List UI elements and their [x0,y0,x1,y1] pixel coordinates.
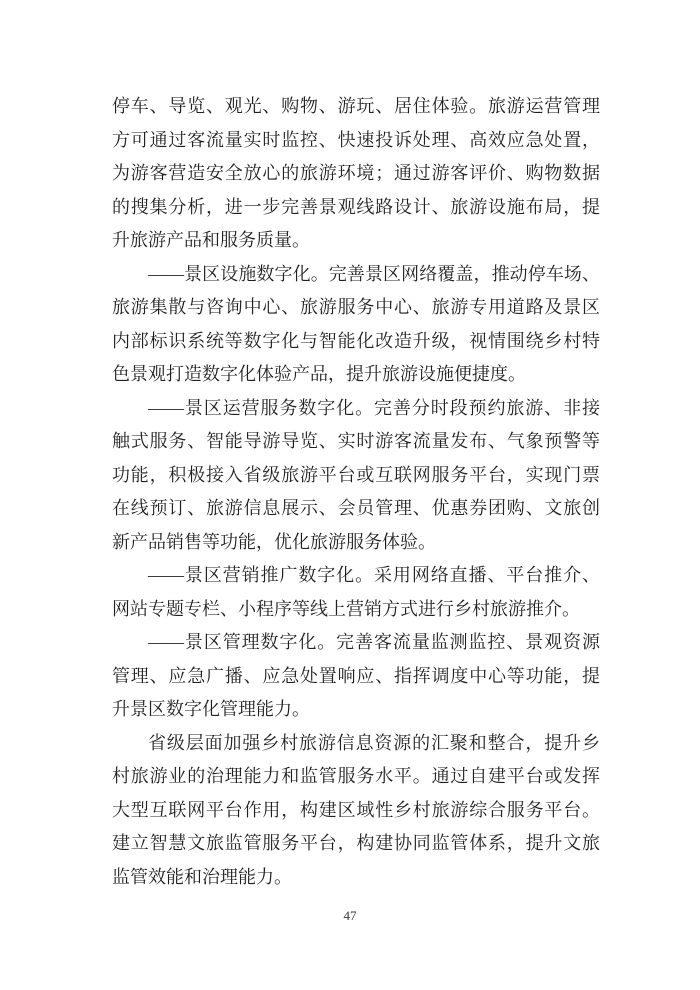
text-line: 触式服务、智能导游导览、实时游客流量发布、气象预警等 [112,425,600,459]
paragraph: ——景区营销推广数字化。采用网络直播、平台推介、网站专题专栏、小程序等线上营销方… [112,559,600,626]
text-line: 监管效能和治理能力。 [112,861,600,895]
paragraph: 停车、导览、观光、购物、游玩、居住体验。旅游运营管理方可通过客流量实时监控、快速… [112,90,600,258]
text-line: 的搜集分析，进一步完善景观线路设计、旅游设施布局，提 [112,191,600,225]
paragraph: ——景区运营服务数字化。完善分时段预约旅游、非接触式服务、智能导游导览、实时游客… [112,392,600,560]
text-line: 色景观打造数字化体验产品，提升旅游设施便捷度。 [112,358,600,392]
text-line: ——景区运营服务数字化。完善分时段预约旅游、非接 [112,392,600,426]
text-block: 停车、导览、观光、购物、游玩、居住体验。旅游运营管理方可通过客流量实时监控、快速… [112,90,600,894]
text-line: 内部标识系统等数字化与智能化改造升级，视情围绕乡村特 [112,325,600,359]
page-number: 47 [0,908,700,924]
text-line: 功能，积极接入省级旅游平台或互联网服务平台，实现门票 [112,459,600,493]
text-line: 新产品销售等功能，优化旅游服务体验。 [112,526,600,560]
paragraph: ——景区设施数字化。完善景区网络覆盖，推动停车场、旅游集散与咨询中心、旅游服务中… [112,258,600,392]
paragraph: 省级层面加强乡村旅游信息资源的汇聚和整合，提升乡村旅游业的治理能力和监管服务水平… [112,727,600,895]
text-line: ——景区设施数字化。完善景区网络覆盖，推动停车场、 [112,258,600,292]
text-line: 省级层面加强乡村旅游信息资源的汇聚和整合，提升乡 [112,727,600,761]
text-line: 管理、应急广播、应急处置响应、指挥调度中心等功能，提 [112,660,600,694]
text-line: 在线预订、旅游信息展示、会员管理、优惠券团购、文旅创 [112,492,600,526]
document-page: 停车、导览、观光、购物、游玩、居住体验。旅游运营管理方可通过客流量实时监控、快速… [0,0,700,990]
text-line: 停车、导览、观光、购物、游玩、居住体验。旅游运营管理 [112,90,600,124]
text-line: ——景区营销推广数字化。采用网络直播、平台推介、 [112,559,600,593]
text-line: 旅游集散与咨询中心、旅游服务中心、旅游专用道路及景区 [112,291,600,325]
text-line: 升旅游产品和服务质量。 [112,224,600,258]
text-line: 建立智慧文旅监管服务平台，构建协同监管体系，提升文旅 [112,827,600,861]
text-line: 网站专题专栏、小程序等线上营销方式进行乡村旅游推介。 [112,593,600,627]
text-line: 村旅游业的治理能力和监管服务水平。通过自建平台或发挥 [112,760,600,794]
text-line: 方可通过客流量实时监控、快速投诉处理、高效应急处置， [112,124,600,158]
paragraph: ——景区管理数字化。完善客流量监测监控、景观资源管理、应急广播、应急处置响应、指… [112,626,600,727]
text-line: 为游客营造安全放心的旅游环境；通过游客评价、购物数据 [112,157,600,191]
text-line: ——景区管理数字化。完善客流量监测监控、景观资源 [112,626,600,660]
text-line: 升景区数字化管理能力。 [112,693,600,727]
text-line: 大型互联网平台作用，构建区域性乡村旅游综合服务平台。 [112,794,600,828]
